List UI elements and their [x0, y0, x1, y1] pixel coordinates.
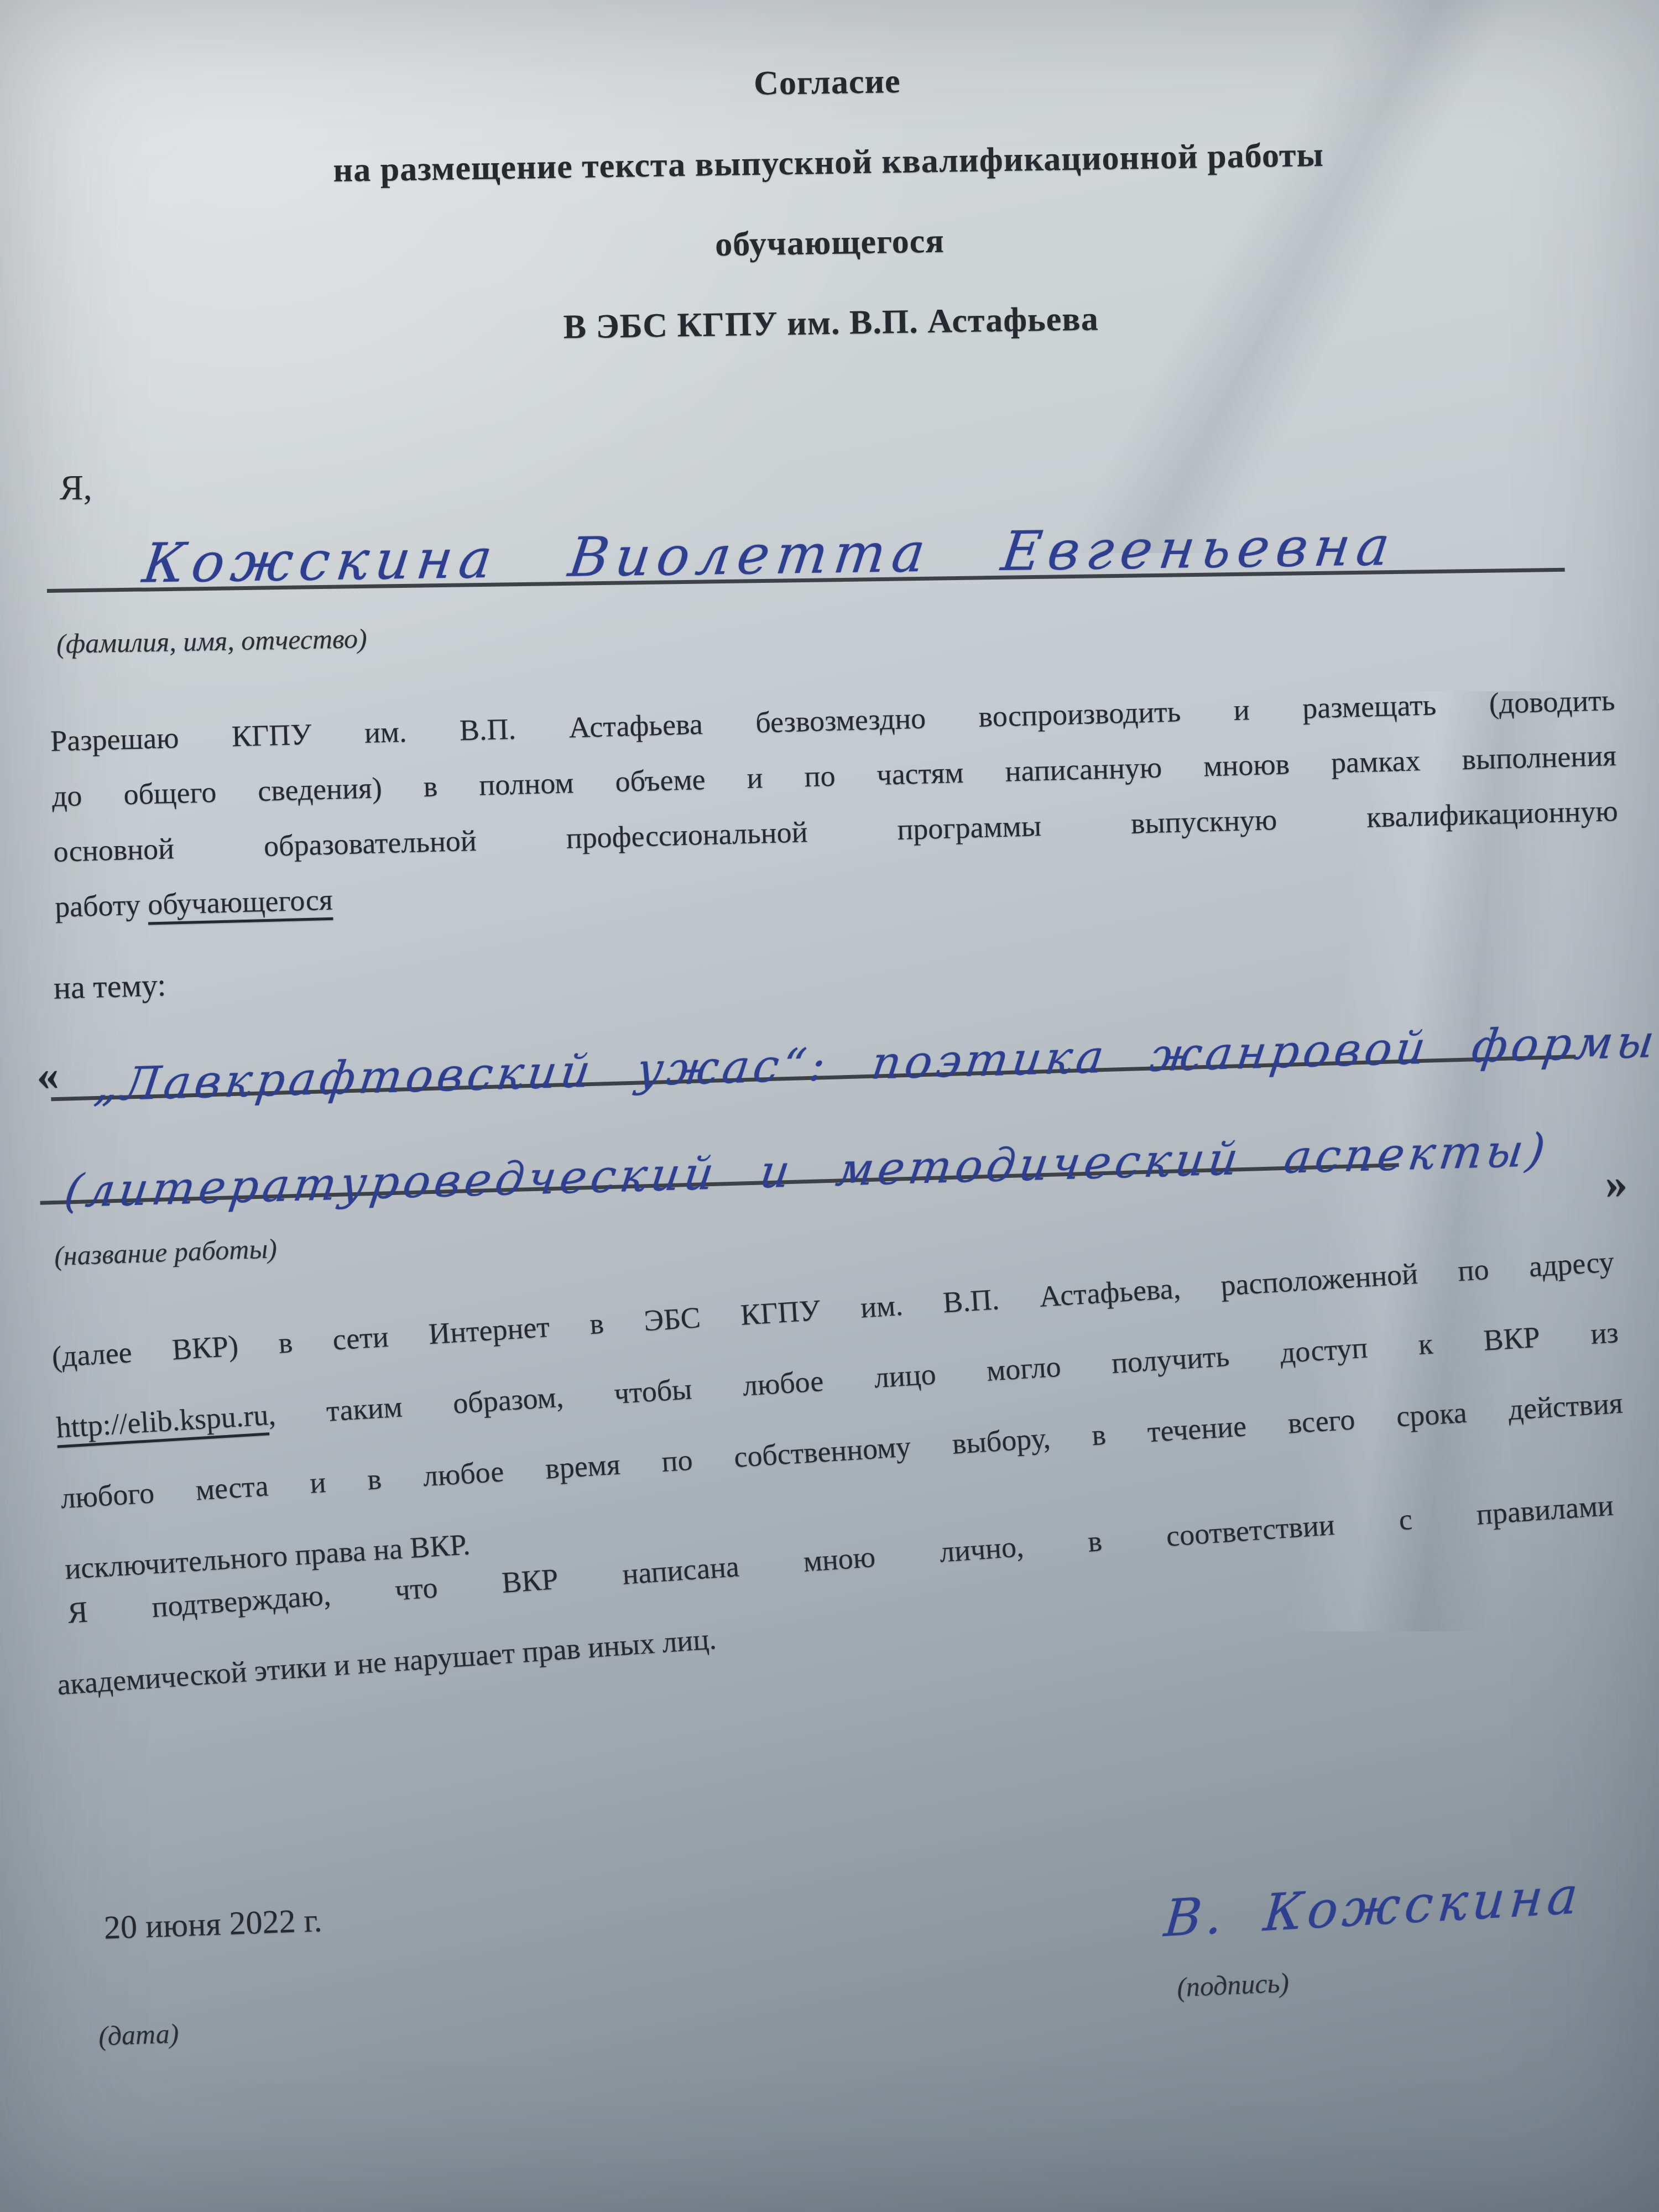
close-quote-mark: »	[1605, 1159, 1629, 1209]
permission-paragraph: Разрешаю КГПУ им. В.П. Астафьева безвозм…	[50, 672, 1620, 935]
signature-caption: (подпись)	[1176, 1966, 1290, 2003]
document-title: Согласие	[0, 52, 1657, 112]
name-blank-line: Кожскина Виолетта Евгеньевна	[45, 463, 1564, 593]
document-page: Согласие на размещение текста выпускной …	[0, 0, 1659, 2212]
underlined-word: обучающегося	[147, 883, 333, 921]
date-value: 20 июня 2022 г.	[103, 1901, 323, 1947]
date-caption: (дата)	[98, 2017, 179, 2052]
topic-caption: (название работы)	[54, 1232, 278, 1272]
name-caption: (фамилия, имя, отчество)	[56, 622, 368, 660]
paragraph-text: работу	[54, 888, 148, 923]
handwritten-signature: В. Кожскина	[1162, 1866, 1584, 1949]
title-line-2: на размещение текста выпускной квалифика…	[0, 132, 1658, 192]
topic-section: « „Лавкрафтовский ужас“: поэтика жанрово…	[34, 948, 1635, 1204]
name-section: Кожскина Виолетта Евгеньевна	[45, 463, 1564, 593]
handwritten-topic-line-2: (литературоведческий и методический аспе…	[61, 1124, 1552, 1218]
title-block: Согласие на размещение текста выпускной …	[0, 52, 1659, 399]
title-line-4: В ЭБС КГПУ им. В.П. Астафьева	[1, 293, 1659, 353]
handwritten-full-name: Кожскина Виолетта Евгеньевна	[139, 515, 1400, 596]
title-line-3: обучающегося	[0, 212, 1659, 273]
elib-url: http://elib.kspu.ru	[55, 1398, 269, 1444]
